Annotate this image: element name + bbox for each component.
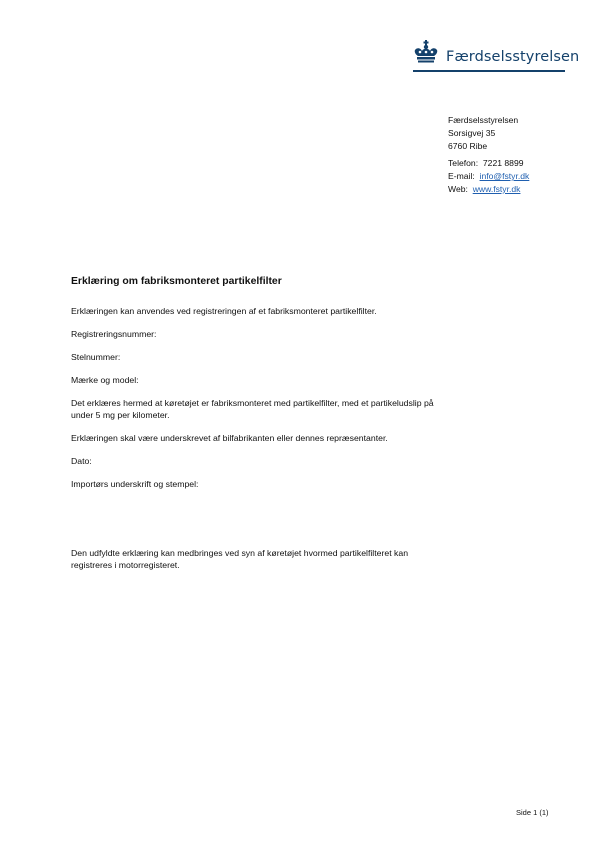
- web-label: Web:: [448, 184, 468, 194]
- phone-label: Telefon:: [448, 158, 478, 168]
- page-number: Side 1 (1): [516, 808, 549, 817]
- declaration-line-2: under 5 mg per kilometer.: [71, 410, 434, 422]
- declaration-text: Det erklæres hermed at køretøjet er fabr…: [71, 398, 434, 421]
- chassis-number-field: Stelnummer:: [71, 352, 120, 364]
- declaration-line-1: Det erklæres hermed at køretøjet er fabr…: [71, 398, 434, 410]
- sender-street: Sorsigvej 35: [448, 127, 529, 140]
- registration-number-field: Registreringsnummer:: [71, 329, 156, 341]
- make-model-field: Mærke og model:: [71, 375, 139, 387]
- intro-text: Erklæringen kan anvendes ved registrerin…: [71, 306, 377, 318]
- phone-row: Telefon: 7221 8899: [448, 157, 529, 170]
- email-label: E-mail:: [448, 171, 475, 181]
- closing-line-2: registreres i motorregisteret.: [71, 560, 408, 572]
- phone-number: 7221 8899: [483, 158, 524, 168]
- web-link[interactable]: www.fstyr.dk: [473, 184, 521, 194]
- signature-requirement-text: Erklæringen skal være underskrevet af bi…: [71, 433, 388, 445]
- agency-logo: Færdselsstyrelsen: [413, 40, 565, 74]
- email-link[interactable]: info@fstyr.dk: [480, 171, 530, 181]
- web-row: Web: www.fstyr.dk: [448, 183, 529, 196]
- document-title: Erklæring om fabriksmonteret partikelfil…: [71, 276, 282, 287]
- sender-name: Færdselsstyrelsen: [448, 114, 529, 127]
- sender-city: 6760 Ribe: [448, 140, 529, 153]
- logo-text: Færdselsstyrelsen: [446, 49, 579, 65]
- importer-signature-field: Importørs underskrift og stempel:: [71, 479, 198, 491]
- closing-text: Den udfyldte erklæring kan medbringes ve…: [71, 548, 408, 571]
- sender-address-block: Færdselsstyrelsen Sorsigvej 35 6760 Ribe…: [448, 114, 529, 196]
- email-row: E-mail: info@fstyr.dk: [448, 170, 529, 183]
- crown-icon: [413, 40, 439, 66]
- logo-underline: [413, 70, 565, 72]
- closing-line-1: Den udfyldte erklæring kan medbringes ve…: [71, 548, 408, 560]
- date-field: Dato:: [71, 456, 92, 468]
